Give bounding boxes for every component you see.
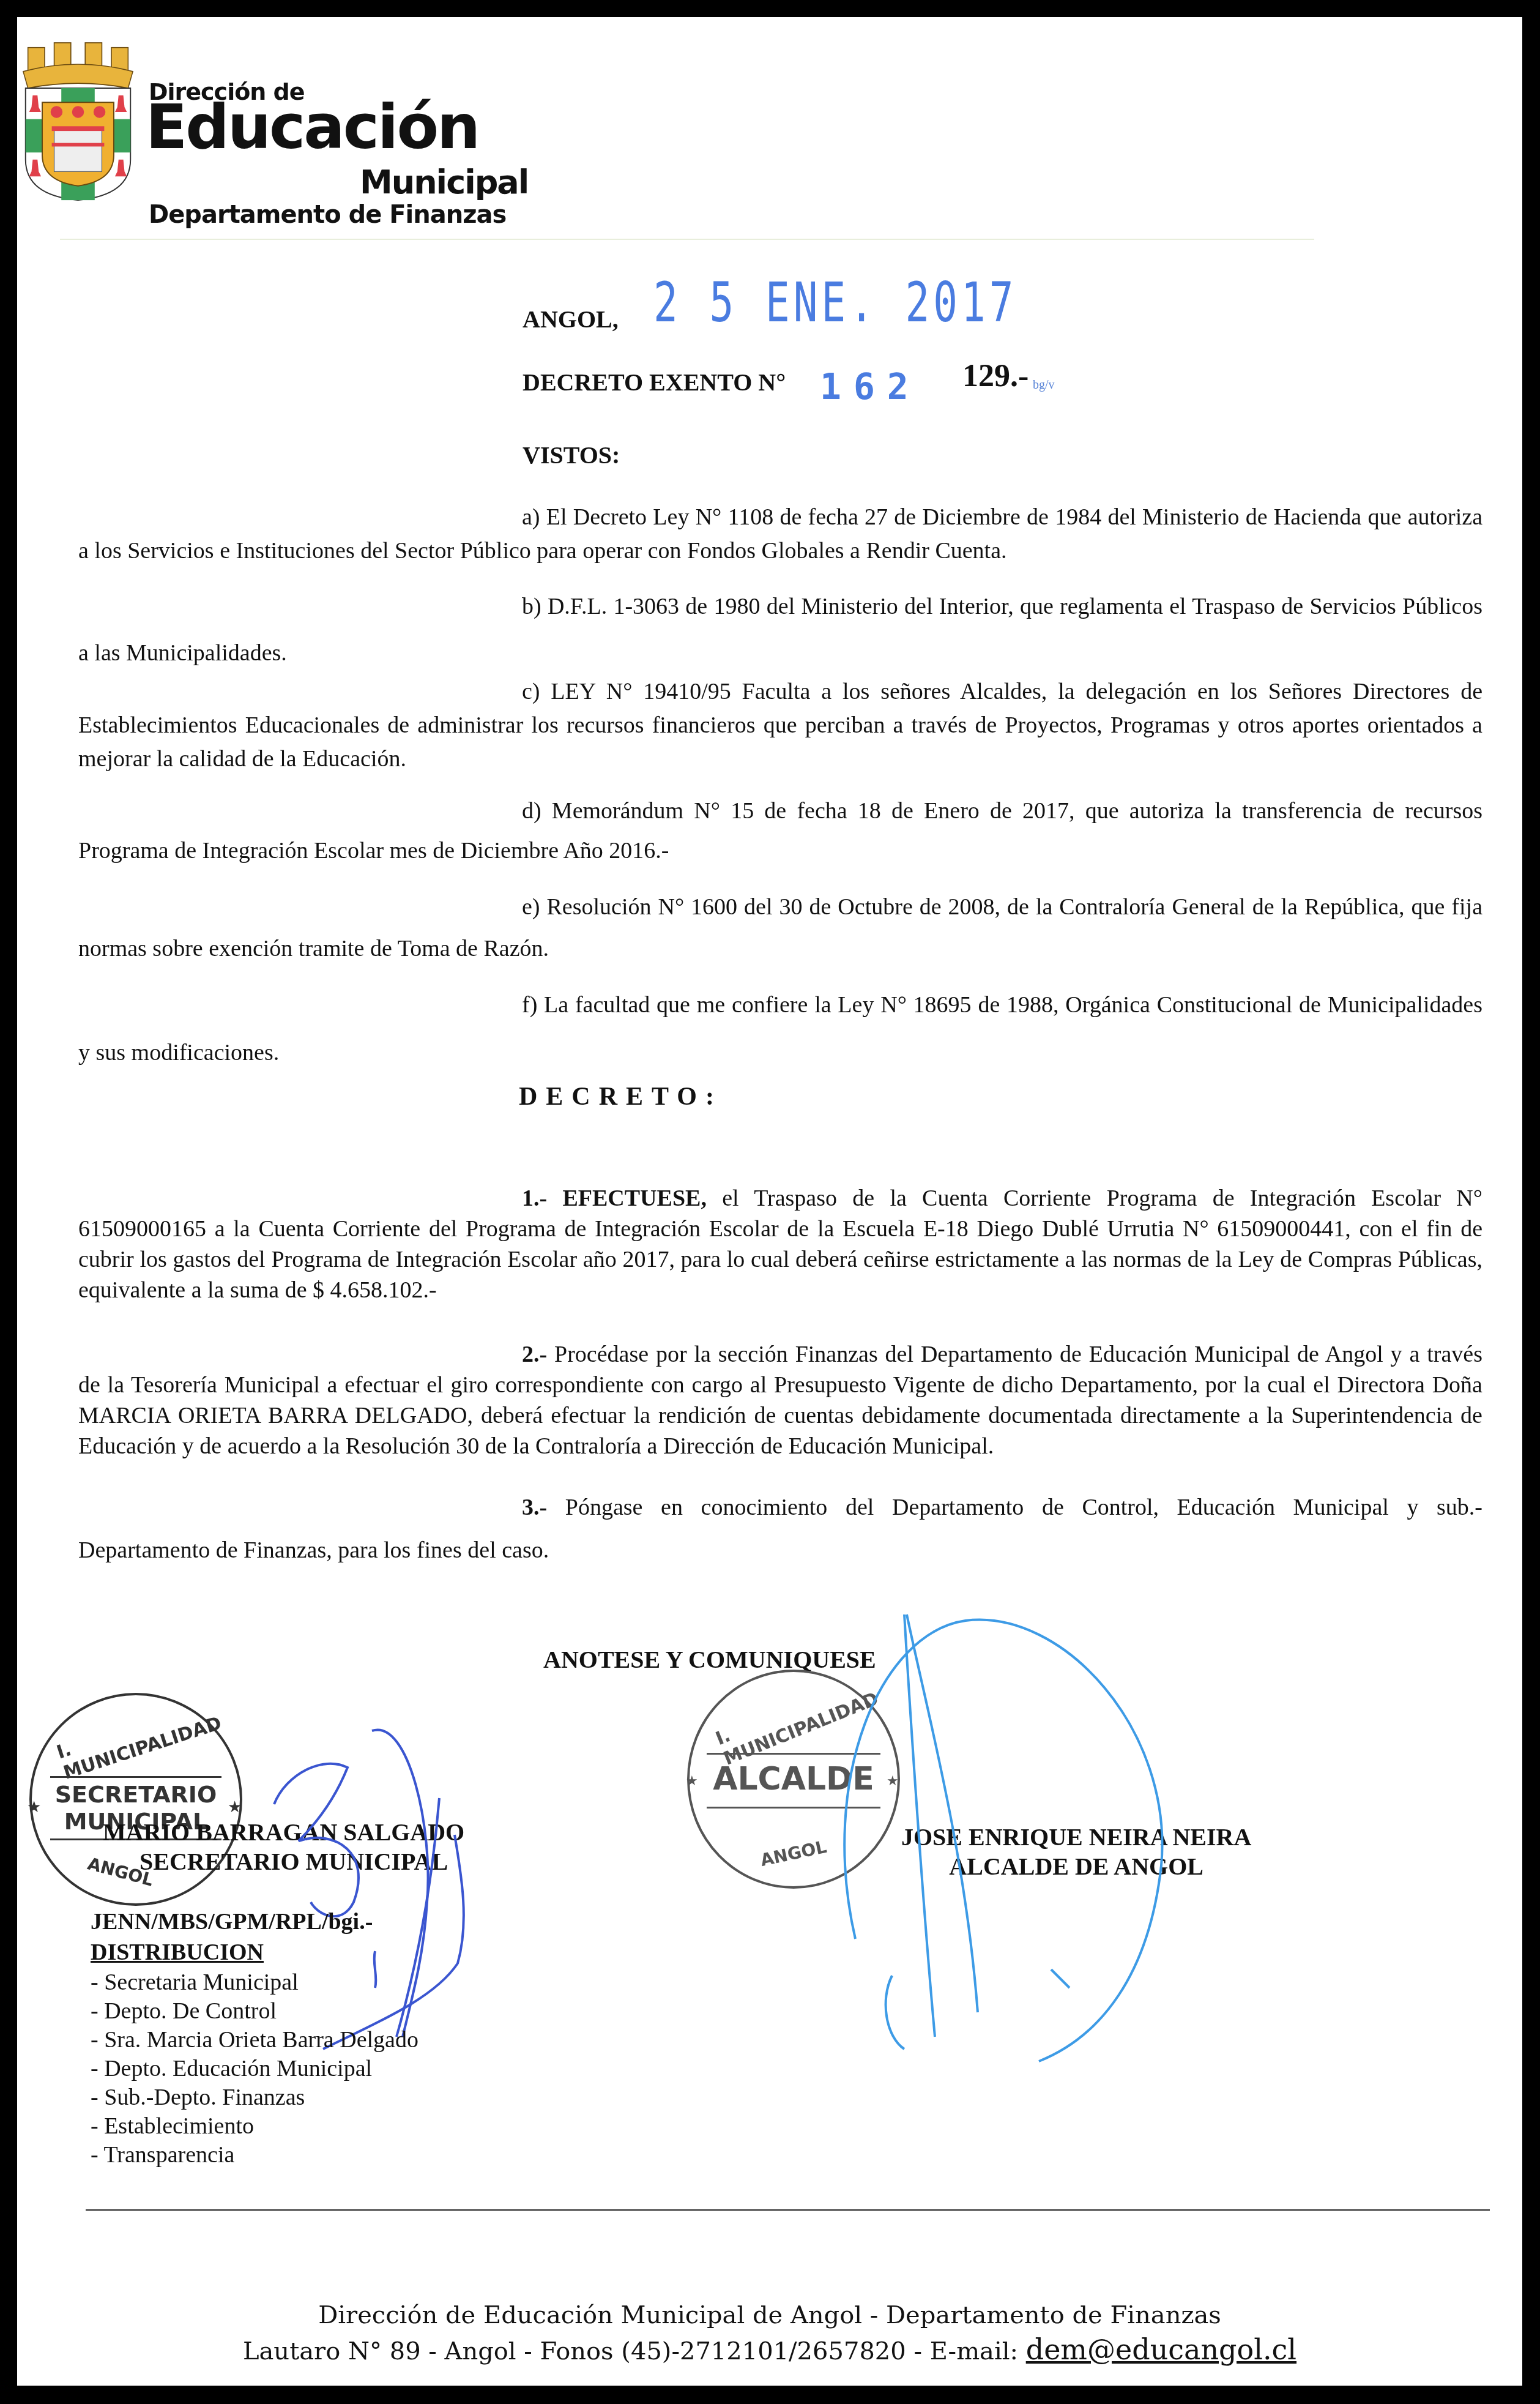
footer-divider xyxy=(86,2209,1490,2211)
decree-typed-number: 129.- xyxy=(962,358,1029,394)
header-divider xyxy=(60,239,1314,240)
distribution-item: - Depto. De Control xyxy=(91,1997,418,2026)
header-department: Departamento de Finanzas xyxy=(149,201,506,229)
vistos-item-c: c) LEY N° 19410/95 Faculta a los señores… xyxy=(78,675,1482,776)
decreto-title: DECRETO: xyxy=(519,1082,723,1111)
decree-initials: bg/v xyxy=(1033,378,1055,392)
seal-top-text: I. MUNICIPALIDAD xyxy=(54,1686,242,1783)
distribution-item: - Secretaria Municipal xyxy=(91,1968,418,1997)
vistos-item-a: a) El Decreto Ley N° 1108 de fecha 27 de… xyxy=(78,501,1482,568)
vistos-title: VISTOS: xyxy=(523,441,620,469)
vistos-item-e: e) Resolución N° 1600 del 30 de Octubre … xyxy=(78,886,1482,969)
decree-label: DECRETO EXENTO N° xyxy=(523,368,786,397)
distribution-item: - Sub.-Depto. Finanzas xyxy=(91,2083,418,2112)
star-icon: ★ xyxy=(686,1774,698,1789)
distribution-title: DISTRIBUCION xyxy=(91,1939,264,1966)
municipal-coat-of-arms-icon xyxy=(18,40,138,203)
date-stamp: 2 5 ENE. 2017 xyxy=(653,271,1017,335)
footer-email-link[interactable]: dem@educangol.cl xyxy=(1026,2333,1296,2366)
vistos-item-b: b) D.F.L. 1-3063 de 1980 del Ministerio … xyxy=(78,583,1482,676)
mayor-signature xyxy=(782,1596,1210,2086)
distribution-item: - Depto. Educación Municipal xyxy=(91,2055,418,2083)
place-label: ANGOL, xyxy=(523,305,619,334)
article-3: 3.- Póngase en conocimiento del Departam… xyxy=(78,1486,1482,1572)
footer-contact: Lautaro N° 89 - Angol - Fonos (45)-27121… xyxy=(17,2333,1522,2366)
footer-organization: Dirección de Educación Municipal de Ango… xyxy=(17,2301,1522,2329)
article-1: 1.- EFECTUESE, el Traspaso de la Cuenta … xyxy=(78,1183,1482,1305)
decree-stamp-number: 162 xyxy=(820,366,921,408)
article-2: 2.- Procédase por la sección Finanzas de… xyxy=(78,1339,1482,1461)
footer-address: Lautaro N° 89 - Angol - Fonos (45)-27121… xyxy=(243,2337,1026,2365)
header-title: Educación xyxy=(146,97,478,158)
seal-middle-text-1: SECRETARIO xyxy=(32,1781,240,1808)
distribution-item: - Transparencia xyxy=(91,2141,418,2170)
vistos-item-d: d) Memorándum N° 15 de fecha 18 de Enero… xyxy=(78,791,1482,871)
distribution-item: - Sra. Marcia Orieta Barra Delgado xyxy=(91,2026,418,2055)
document-page: Dirección de Educación Municipal Departa… xyxy=(17,17,1522,2386)
star-icon: ★ xyxy=(228,1798,242,1816)
reference-initials: JENN/MBS/GPM/RPL/bgi.- xyxy=(91,1908,373,1935)
header-line-3: Municipal xyxy=(360,163,528,201)
star-icon: ★ xyxy=(27,1798,41,1816)
vistos-item-f: f) La facultad que me confiere la Ley N°… xyxy=(78,981,1482,1077)
distribution-list: - Secretaria Municipal - Depto. De Contr… xyxy=(91,1968,418,2170)
seal-rule xyxy=(50,1776,221,1778)
distribution-item: - Establecimiento xyxy=(91,2112,418,2141)
